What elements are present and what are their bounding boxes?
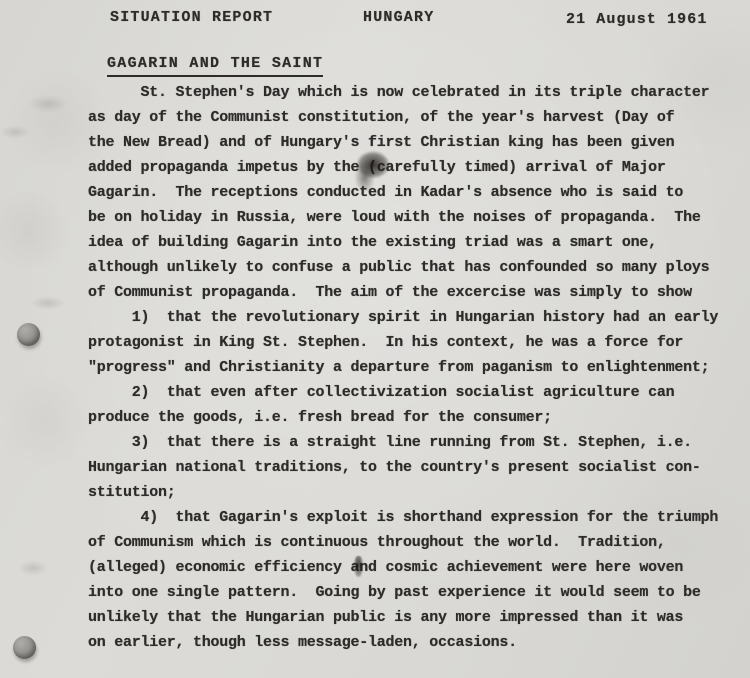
typed-line: be on holiday in Russia, were loud with … (88, 205, 738, 230)
typed-line: stitution; (88, 480, 738, 505)
typed-line: 4) that Gagarin's exploit is shorthand e… (88, 505, 738, 530)
typed-line: 3) that there is a straight line running… (88, 430, 738, 455)
ink-mark-artifact (354, 556, 363, 577)
document-body: St. Stephen's Day which is now celebrate… (88, 80, 738, 655)
report-date: 21 August 1961 (566, 11, 707, 28)
typed-line: 2) that even after collectivization soci… (88, 380, 738, 405)
typed-line: 1) that the revolutionary spirit in Hung… (88, 305, 738, 330)
typed-line: although unlikely to confuse a public th… (88, 255, 738, 280)
typed-line: produce the goods, i.e. fresh bread for … (88, 405, 738, 430)
typed-line: on earlier, though less message-laden, o… (88, 630, 738, 655)
typed-line: protagonist in King St. Stephen. In his … (88, 330, 738, 355)
margin-smudge (0, 125, 30, 139)
hole-punch-fastener-bottom (13, 636, 36, 659)
typed-line: of Communism which is continuous through… (88, 530, 738, 555)
document-title: GAGARIN AND THE SAINT (107, 55, 323, 77)
typed-line: (alleged) economic efficiency and cosmic… (88, 555, 738, 580)
margin-smudge (30, 296, 66, 310)
report-type-label: SITUATION REPORT (110, 9, 273, 26)
typed-line: unlikely that the Hungarian public is an… (88, 605, 738, 630)
country-label: HUNGARY (363, 9, 434, 26)
typed-line: St. Stephen's Day which is now celebrate… (88, 80, 738, 105)
margin-smudge (18, 560, 48, 576)
ink-blot-artifact (350, 150, 392, 192)
typed-line: into one single pattern. Going by past e… (88, 580, 738, 605)
scanned-document-page: SITUATION REPORT HUNGARY 21 August 1961 … (0, 0, 750, 678)
typed-line: Gagarin. The receptions conducted in Kad… (88, 180, 738, 205)
margin-smudge (28, 95, 68, 113)
hole-punch-fastener-top (17, 323, 40, 346)
typed-line: of Communist propaganda. The aim of the … (88, 280, 738, 305)
typed-line: idea of building Gagarin into the existi… (88, 230, 738, 255)
typed-line: the New Bread) and of Hungary's first Ch… (88, 130, 738, 155)
typed-line: as day of the Communist constitution, of… (88, 105, 738, 130)
typed-line: added propaganda impetus by the (careful… (88, 155, 738, 180)
typed-line: "progress" and Christianity a departure … (88, 355, 738, 380)
typed-line: Hungarian national traditions, to the co… (88, 455, 738, 480)
